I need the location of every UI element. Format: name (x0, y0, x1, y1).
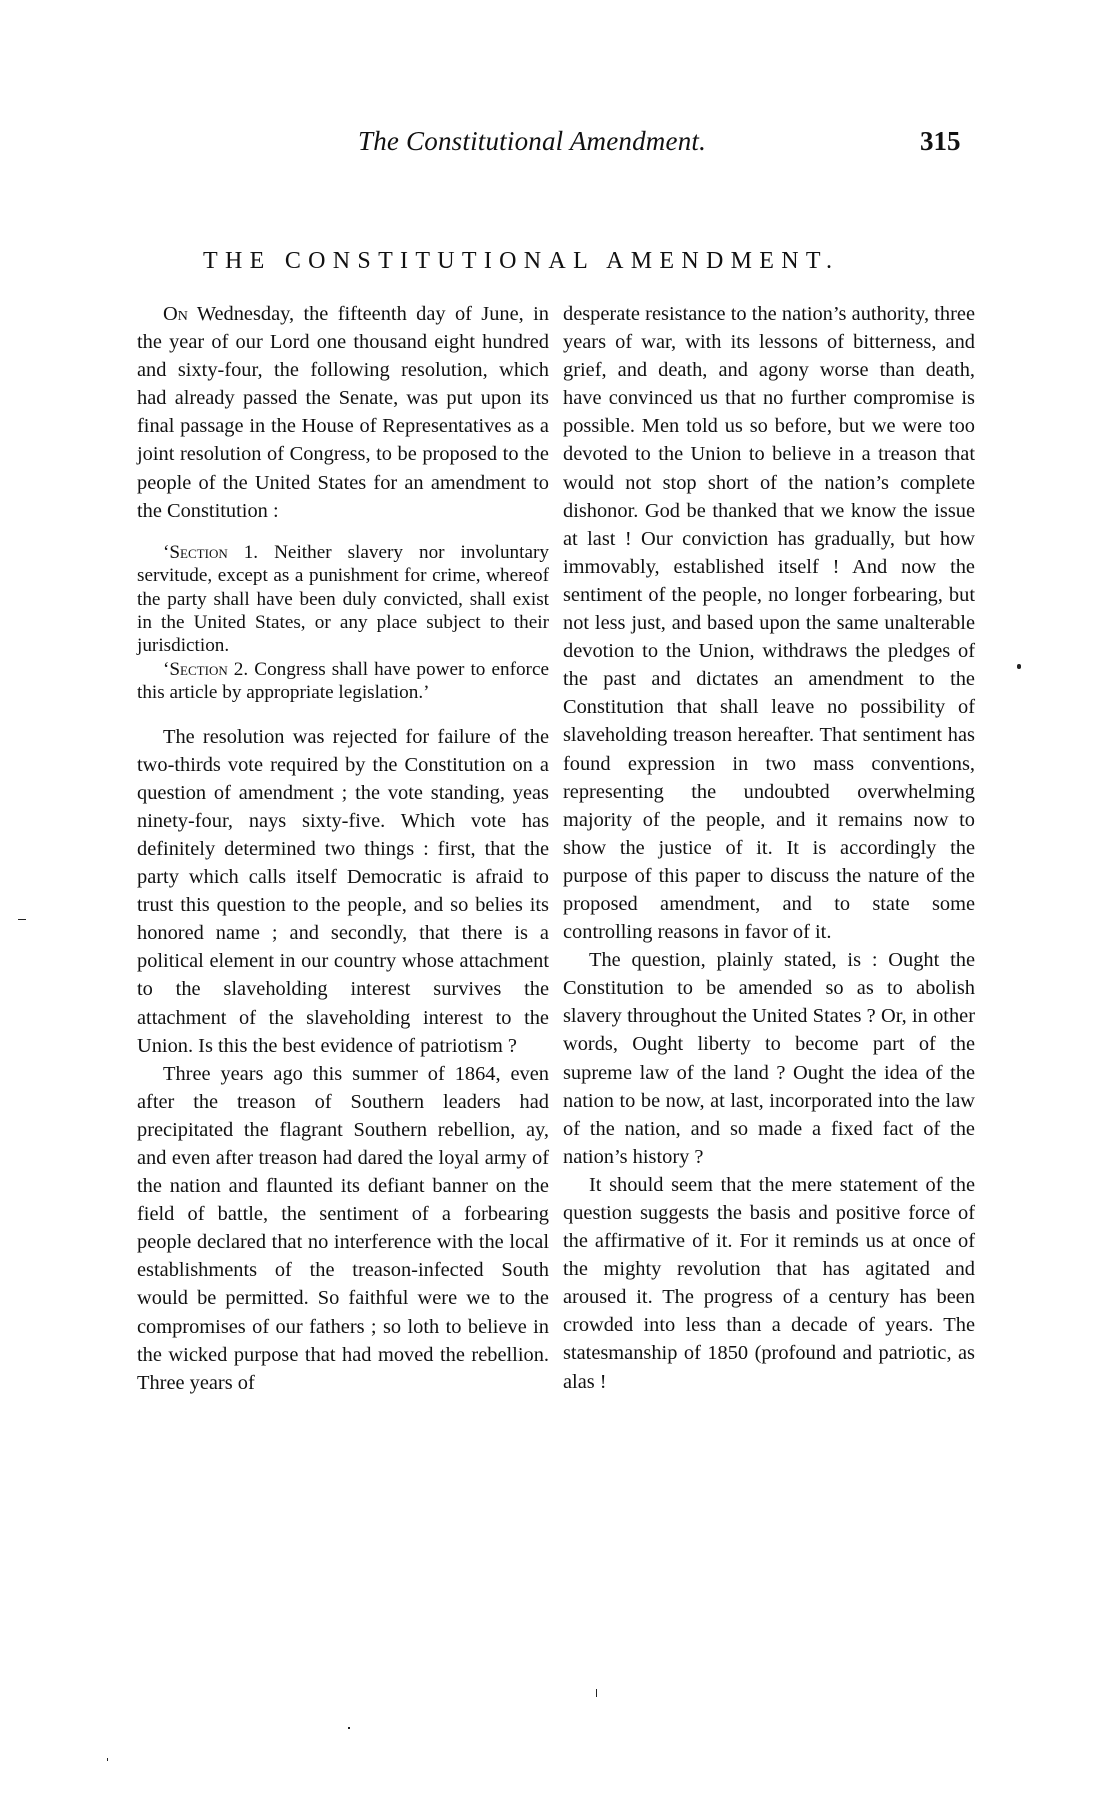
page-number: 315 (920, 126, 961, 157)
scan-mark (107, 1758, 108, 1761)
scan-mark (348, 1727, 350, 1729)
intro-paragraph: On Wednesday, the fifteenth day of June,… (137, 300, 549, 525)
intro-text: Wednesday, the fifteenth day of June, in… (137, 303, 549, 522)
paragraph-the-question: The question, plainly stated, is : Ought… (563, 946, 975, 1171)
left-column: On Wednesday, the fifteenth day of June,… (137, 300, 549, 1397)
scan-mark (596, 1689, 597, 1697)
scan-mark (18, 919, 26, 920)
paragraph-desperate-resistance: desperate resistance to the nation’s aut… (563, 300, 975, 946)
quote-section-1: ‘Section 1. Neither slavery nor involunt… (137, 541, 549, 658)
paragraph-three-years-ago: Three years ago this summer of 1864, eve… (137, 1060, 549, 1397)
right-column: desperate resistance to the nation’s aut… (563, 300, 975, 1396)
section-2-label: Section 2. (169, 659, 248, 680)
quote-section-2: ‘Section 2. Congress shall have power to… (137, 658, 549, 705)
scan-mark (1017, 664, 1021, 669)
running-head: The Constitutional Amendment. (358, 126, 918, 157)
intro-dropcap: On (163, 303, 188, 325)
article-title: THE CONSTITUTIONAL AMENDMENT. (203, 248, 839, 275)
paragraph-it-should-seem: It should seem that the mere statement o… (563, 1171, 975, 1396)
section-1-label: Section 1. (169, 542, 258, 563)
amendment-quote: ‘Section 1. Neither slavery nor involunt… (137, 541, 549, 705)
paragraph-resolution-rejected: The resolution was rejected for failure … (137, 723, 549, 1060)
